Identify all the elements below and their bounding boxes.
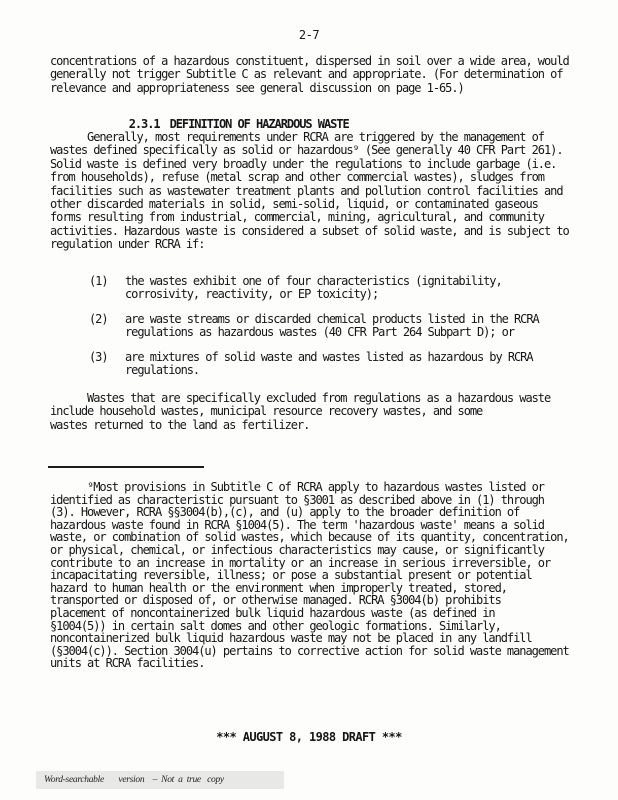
page-number: 2-7 [0, 29, 618, 42]
list-item-1-text: the wastes exhibit one of four character… [125, 275, 502, 302]
list-item-2: (2) are waste streams or discarded chemi… [89, 313, 539, 340]
draft-stamp: *** AUGUST 8, 1988 DRAFT *** [0, 731, 618, 744]
list-item-2-marker: (2) [89, 313, 125, 326]
list-item-2-text: are waste streams or discarded chemical … [125, 313, 539, 340]
list-item-1: (1) the wastes exhibit one of four chara… [89, 275, 502, 302]
footnote-text: ⁹Most provisions in Subtitle C of RCRA a… [50, 481, 569, 670]
list-item-3-marker: (3) [89, 351, 125, 364]
exclusion-paragraph: Wastes that are specifically excluded fr… [50, 392, 550, 432]
list-item-3: (3) are mixtures of solid waste and wast… [89, 351, 533, 378]
list-item-1-marker: (1) [89, 275, 125, 288]
list-item-3-text: are mixtures of solid waste and wastes l… [125, 351, 533, 378]
document-page: 2-7 concentrations of a hazardous consti… [0, 0, 618, 800]
body-paragraph: Generally, most requirements under RCRA … [50, 131, 569, 252]
footnote-rule [48, 466, 204, 468]
intro-paragraph: concentrations of a hazardous constituen… [50, 55, 569, 95]
word-searchable-watermark: Word-searchable version – Not a true cop… [36, 771, 284, 789]
